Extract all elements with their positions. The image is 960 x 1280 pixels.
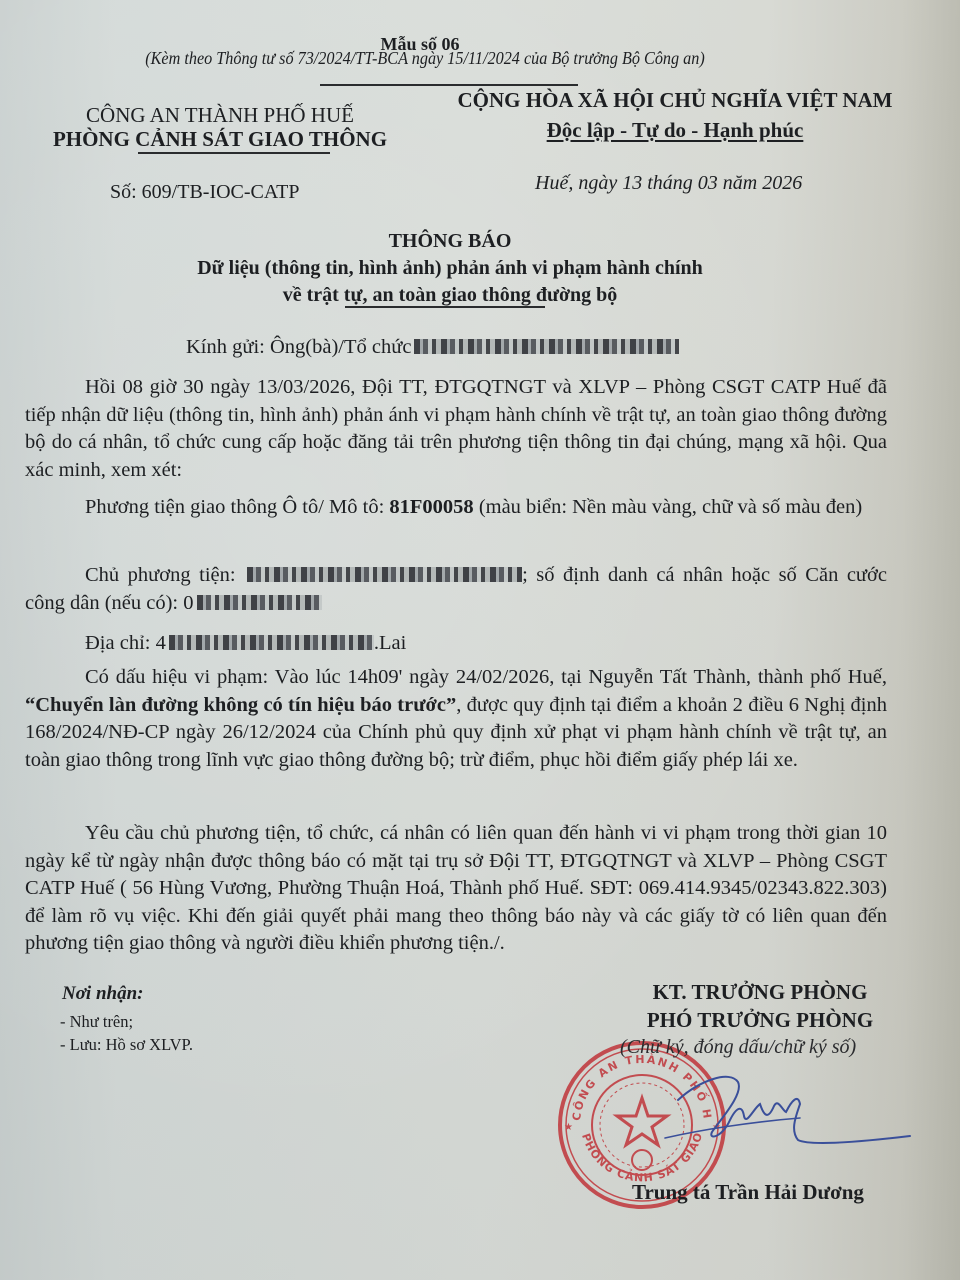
recipient-item: - Lưu: Hồ sơ XLVP. [60,1035,193,1055]
vehicle-plate-color: (màu biển: Nền màu vàng, chữ và số màu đ… [474,496,863,518]
address-paragraph: Địa chỉ: 4.Lai [25,630,887,658]
intro-paragraph: Hồi 08 giờ 30 ngày 13/03/2026, Đội TT, Đ… [25,374,887,484]
redacted-address [169,635,374,650]
owner-paragraph: Chủ phương tiện: ; số định danh cá nhân … [25,562,887,617]
svg-text:★: ★ [564,1122,573,1133]
document-subtitle-line1: Dữ liệu (thông tin, hình ảnh) phản ánh v… [0,257,900,280]
vehicle-label: Phương tiện giao thông Ô tô/ Mô tô: [85,496,389,518]
nation-title: CỘNG HÒA XÃ HỘI CHỦ NGHĨA VIỆT NAM [420,88,930,113]
nation-motto: Độc lập - Tự do - Hạnh phúc [420,118,930,143]
signature-note: (Chữ ký, đóng dấu/chữ ký số) [620,1036,856,1059]
recipient-item: - Như trên; [60,1012,133,1032]
signature-title-line1: KT. TRƯỞNG PHÒNG [580,980,940,1005]
vehicle-paragraph: Phương tiện giao thông Ô tô/ Mô tô: 81F0… [25,494,887,522]
form-divider [320,84,578,86]
id-prefix: 0 [183,592,193,614]
salutation: Kính gửi: Ông(bà)/Tổ chức [186,336,679,359]
issuing-org-line1: CÔNG AN THÀNH PHỐ HUẾ [30,103,410,128]
violation-name: “Chuyển làn đường không có tín hiệu báo … [25,694,456,716]
license-plate: 81F00058 [389,496,473,518]
redacted-id-number [197,595,322,610]
document-date: Huế, ngày 13 tháng 03 năm 2026 [535,172,802,195]
salutation-label: Kính gửi: Ông(bà)/Tổ chức [186,336,411,358]
org-underline [138,152,330,154]
title-underline [345,306,545,308]
signer-name: Trung tá Trần Hải Dương [632,1180,864,1205]
owner-label: Chủ phương tiện: [85,564,244,586]
recipients-title: Nơi nhận: [62,983,143,1005]
document-subtitle-line2: về trật tự, an toàn giao thông đường bộ [0,284,900,307]
document-title: THÔNG BÁO [0,230,900,253]
redacted-recipient [414,339,679,354]
redacted-owner [247,567,522,582]
request-paragraph: Yêu cầu chủ phương tiện, tổ chức, cá nhâ… [25,820,887,958]
signature-title-line2: PHÓ TRƯỞNG PHÒNG [580,1008,940,1033]
violation-paragraph: Có dấu hiệu vi phạm: Vào lúc 14h09' ngày… [25,664,887,774]
document-number: Số: 609/TB-IOC-CATP [110,181,299,204]
handwritten-signature-icon [660,1060,920,1150]
address-label: Địa chỉ: [85,632,156,654]
form-reference: (Kèm theo Thông tư số 73/2024/TT-BCA ngà… [79,48,772,69]
issuing-org-line2: PHÒNG CẢNH SÁT GIAO THÔNG [30,127,410,152]
